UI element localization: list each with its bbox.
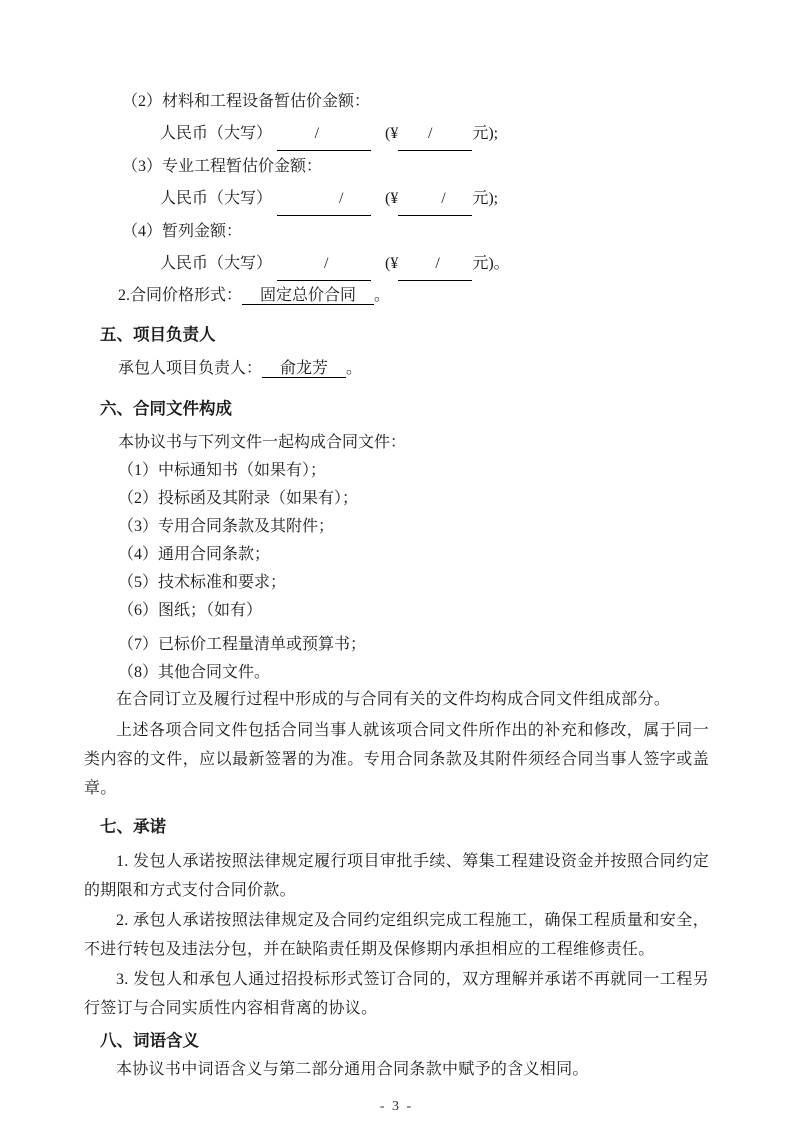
project-manager-name: 俞龙芳 — [262, 360, 346, 378]
contract-files-paragraph: 在合同订立及履行过程中形成的与合同有关的文件均构成合同文件组成部分。 — [84, 687, 709, 713]
price-form-label: 2.合同价格形式： — [118, 287, 242, 304]
price-form-line: 2.合同价格形式：固定总价合同。 — [84, 281, 709, 311]
amount-money-line: 人民币（大写）/(¥/元); — [84, 183, 709, 216]
currency-prefix: 人民币（大写） — [160, 255, 272, 272]
contract-file-item: （3）专用合同条款及其附件； — [84, 513, 709, 541]
figures-open: (¥ — [385, 255, 398, 272]
project-manager-label: 承包人项目负责人： — [118, 360, 262, 377]
section-heading-project-manager: 五、项目负责人 — [84, 321, 709, 349]
commitment-paragraph: 1. 发包人承诺按照法律规定履行项目审批手续、筹集工程建设资金并按照合同约定的期… — [84, 847, 709, 905]
figures-close: 元); — [472, 125, 498, 142]
page-number: - 3 - — [84, 1099, 709, 1115]
amount-item-title: （4）暂列金额： — [84, 216, 709, 248]
uppercase-amount-blank: / — [277, 183, 371, 216]
figures-amount-blank: / — [398, 118, 472, 151]
figures-amount-blank: / — [398, 248, 472, 281]
contract-file-item: （4）通用合同条款； — [84, 541, 709, 569]
currency-prefix: 人民币（大写） — [160, 190, 272, 207]
contract-file-item: （8）其他合同文件。 — [84, 659, 709, 687]
project-manager-period: 。 — [346, 360, 362, 377]
figures-close: 元); — [472, 190, 498, 207]
project-manager-line: 承包人项目负责人：俞龙芳。 — [84, 355, 709, 383]
commitment-paragraph: 2. 承包人承诺按照法律规定及合同约定组织完成工程施工，确保工程质量和安全，不进… — [84, 906, 709, 964]
contract-file-item: （2）投标函及其附录（如果有）； — [84, 485, 709, 513]
figures-open: (¥ — [385, 190, 398, 207]
figures-close: 元)。 — [472, 255, 509, 272]
amount-item-title: （2）材料和工程设备暂估价金额： — [84, 86, 709, 118]
figures-amount-blank: / — [398, 183, 472, 216]
section-heading-commitments: 七、承诺 — [84, 813, 709, 841]
amount-money-line: 人民币（大写）/(¥/元); — [84, 118, 709, 151]
contract-file-item: （6）图纸；（如有） — [84, 597, 709, 625]
uppercase-amount-blank: / — [277, 248, 371, 281]
currency-prefix: 人民币（大写） — [160, 125, 272, 142]
amount-block: （2）材料和工程设备暂估价金额： 人民币（大写）/(¥/元); （3）专业工程暂… — [84, 86, 709, 311]
uppercase-amount-blank: / — [277, 118, 371, 151]
figures-open: (¥ — [385, 125, 398, 142]
section-heading-definitions: 八、词语含义 — [84, 1027, 709, 1055]
contract-file-item: （5）技术标准和要求； — [84, 569, 709, 597]
contract-file-item: （1）中标通知书（如果有）； — [84, 457, 709, 485]
section-heading-contract-files: 六、合同文件构成 — [84, 395, 709, 423]
price-form-period: 。 — [374, 287, 390, 304]
definitions-paragraph: 本协议书中词语含义与第二部分通用合同条款中赋予的含义相同。 — [84, 1057, 709, 1083]
contract-files-paragraph: 上述各项合同文件包括合同当事人就该项合同文件所作出的补充和修改，属于同一类内容的… — [84, 716, 709, 803]
amount-item-title: （3）专业工程暂估价金额： — [84, 151, 709, 183]
price-form-value: 固定总价合同 — [242, 287, 374, 305]
contract-file-item: （7）已标价工程量清单或预算书； — [84, 631, 709, 659]
amount-money-line: 人民币（大写）/(¥/元)。 — [84, 248, 709, 281]
contract-files-intro: 本协议书与下列文件一起构成合同文件： — [84, 429, 709, 457]
commitment-paragraph: 3. 发包人和承包人通过招投标形式签订合同的，双方理解并承诺不再就同一工程另行签… — [84, 965, 709, 1023]
